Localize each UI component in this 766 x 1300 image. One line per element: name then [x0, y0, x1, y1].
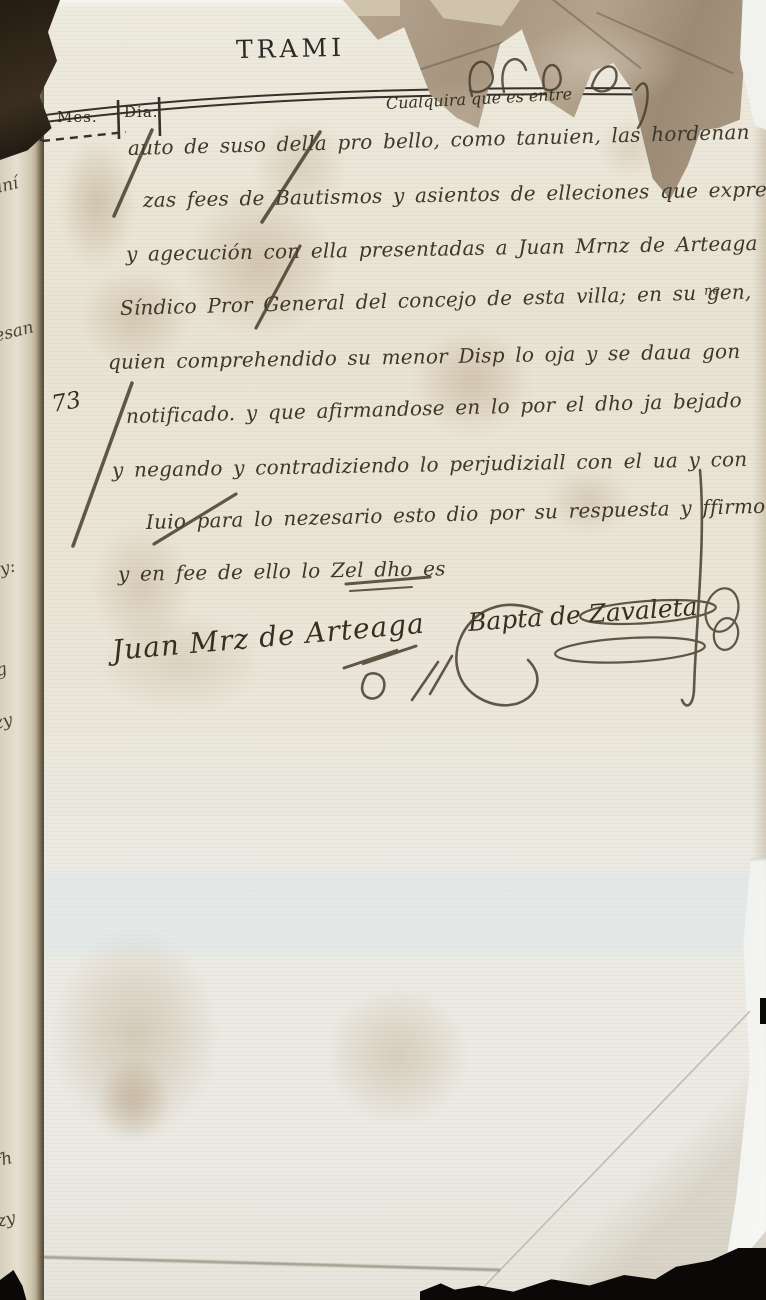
signature-rubric [344, 646, 416, 668]
ink-flourish [502, 59, 526, 92]
ink-flourish [470, 62, 493, 96]
ink-flourish [636, 83, 648, 128]
closing-dash [346, 577, 430, 584]
margin-pen-stroke [73, 383, 132, 546]
signature-rubric [362, 673, 384, 698]
margin-pen-stroke [262, 132, 320, 222]
signature-descender [682, 470, 702, 705]
margin-pen-stroke [154, 494, 236, 544]
margin-pen-stroke [114, 130, 152, 216]
signature-flourish [456, 605, 542, 705]
scanned-manuscript-page: al aní esan y: g zy fh zy TRAMI o. Mes. … [0, 0, 766, 1300]
scanner-background-right-notch [760, 998, 766, 1024]
signature-flourish [554, 634, 705, 666]
signature-rubric [412, 656, 452, 700]
signature-flourish [579, 596, 716, 627]
signature-flourish [711, 616, 740, 652]
ink-flourish [543, 65, 560, 90]
ink-flourish [592, 66, 617, 91]
margin-pen-stroke [256, 246, 300, 328]
closing-dash [350, 587, 412, 591]
